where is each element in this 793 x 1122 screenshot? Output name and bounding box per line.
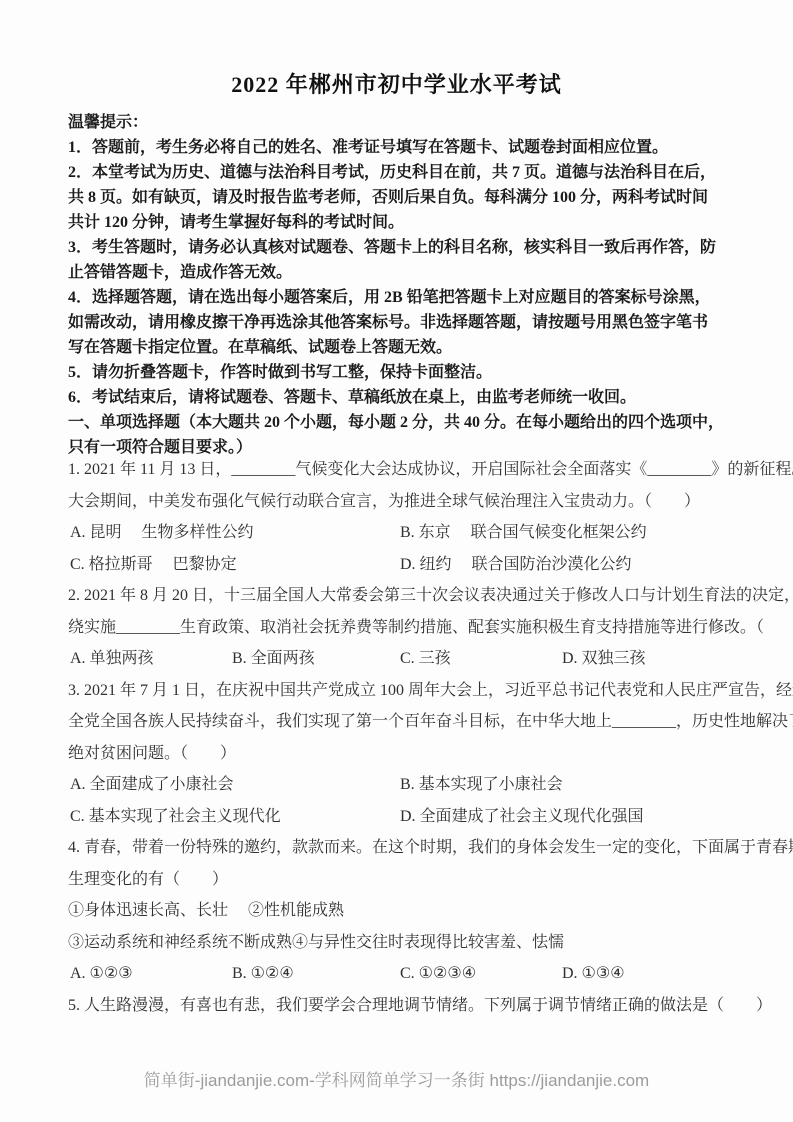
question-4-numbered-item-line: ①身体迅速长高、长壮 ②性机能成熟 [68, 895, 725, 927]
notice-line-6: 止答错答题卡，造成作答无效。 [68, 260, 725, 285]
question-1-line: 1. 2021 年 11 月 13 日，________气候变化大会达成协议，开… [68, 454, 725, 486]
notice-line-9: 写在答题卡指定位置。在草稿纸、试题卷上答题无效。 [68, 335, 725, 360]
exam-paper-page: 2022 年郴州市初中学业水平考试 温馨提示： 1．答题前，考生务必将自己的姓名… [0, 0, 793, 1122]
option-c: C. 格拉斯哥 巴黎协定 [70, 549, 237, 581]
option-a: A. 昆明 生物多样性公约 [70, 517, 254, 549]
option-a: A. 单独两孩 [70, 643, 154, 675]
option-b: B. 基本实现了小康社会 [400, 769, 563, 801]
question-5-line: 5. 人生路漫漫，有喜也有悲，我们要学会合理地调节情绪。下列属于调节情绪正确的做… [68, 990, 725, 1022]
notice-line-4: 共计 120 分钟，请考生掌握好每科的考试时间。 [68, 210, 725, 235]
question-2-line: 2. 2021 年 8 月 20 日，十三届全国人大常委会第三十次会议表决通过关… [68, 580, 725, 612]
question-1-options-row: C. 格拉斯哥 巴黎协定 D. 纽约 联合国防治沙漠化公约 [68, 549, 725, 581]
question-2: 2. 2021 年 8 月 20 日，十三届全国人大常委会第三十次会议表决通过关… [68, 580, 725, 675]
question-1-options-row: A. 昆明 生物多样性公约 B. 东京 联合国气候变化框架公约 [68, 517, 725, 549]
question-2-line: 绕实施________生育政策、取消社会抚养费等制约措施、配套实施积极生育支持措… [68, 612, 725, 644]
option-c: C. 基本实现了社会主义现代化 [70, 801, 281, 833]
option-c: C. 三孩 [400, 643, 451, 675]
option-d: D. ①③④ [562, 958, 625, 990]
notice-heading: 温馨提示： [68, 110, 725, 135]
notice-line-10: 5．请勿折叠答题卡，作答时做到书写工整，保持卡面整洁。 [68, 360, 725, 385]
question-2-options-row: A. 单独两孩 B. 全面两孩 C. 三孩 D. 双独三孩 [68, 643, 725, 675]
notice-line-8: 如需改动，请用橡皮擦干净再选涂其他答案标号。非选择题答题，请按题号用黑色签字笔书 [68, 310, 725, 335]
notice-section: 温馨提示： 1．答题前，考生务必将自己的姓名、准考证号填写在答题卡、试题卷封面相… [68, 110, 725, 460]
question-3: 3. 2021 年 7 月 1 日，在庆祝中国共产党成立 100 周年大会上，习… [68, 675, 725, 833]
notice-line-11: 6．考试结束后，请将试题卷、答题卡、草稿纸放在桌上，由监考老师统一收回。 [68, 385, 725, 410]
notice-line-2: 2．本堂考试为历史、道德与法治科目考试，历史科目在前，共 7 页。道德与法治科目… [68, 160, 725, 185]
option-d: D. 双独三孩 [562, 643, 646, 675]
option-b: B. 东京 联合国气候变化框架公约 [400, 517, 647, 549]
question-3-options-row: C. 基本实现了社会主义现代化 D. 全面建成了社会主义现代化强国 [68, 801, 725, 833]
question-5: 5. 人生路漫漫，有喜也有悲，我们要学会合理地调节情绪。下列属于调节情绪正确的做… [68, 990, 725, 1022]
option-a: A. 全面建成了小康社会 [70, 769, 234, 801]
option-a: A. ①②③ [70, 958, 133, 990]
question-3-line: 3. 2021 年 7 月 1 日，在庆祝中国共产党成立 100 周年大会上，习… [68, 675, 725, 707]
notice-line-1: 1．答题前，考生务必将自己的姓名、准考证号填写在答题卡、试题卷封面相应位置。 [68, 135, 725, 160]
notice-line-5: 3．考生答题时，请务必认真核对试题卷、答题卡上的科目名称，核实科目一致后再作答，… [68, 235, 725, 260]
footer-watermark: 简单街-jiandanjie.com-学科网简单学习一条街 https://ji… [0, 1066, 793, 1091]
question-4-numbered-item-line: ③运动系统和神经系统不断成熟④与异性交往时表现得比较害羞、怯懦 [68, 927, 725, 959]
question-3-line: 绝对贫困问题。（ ） [68, 738, 725, 770]
option-d: D. 全面建成了社会主义现代化强国 [400, 801, 644, 833]
page-title: 2022 年郴州市初中学业水平考试 [0, 0, 793, 99]
option-b: B. ①②④ [232, 958, 294, 990]
questions-section: 1. 2021 年 11 月 13 日，________气候变化大会达成协议，开… [68, 454, 725, 1021]
question-3-options-row: A. 全面建成了小康社会 B. 基本实现了小康社会 [68, 769, 725, 801]
question-4-line: 4. 青春，带着一份特殊的邀约，款款而来。在这个时期，我们的身体会发生一定的变化… [68, 832, 725, 864]
question-1: 1. 2021 年 11 月 13 日，________气候变化大会达成协议，开… [68, 454, 725, 580]
option-c: C. ①②③④ [400, 958, 476, 990]
section-header-line-1: 一、单项选择题（本大题共 20 个小题，每小题 2 分，共 40 分。在每小题给… [68, 410, 725, 435]
question-4: 4. 青春，带着一份特殊的邀约，款款而来。在这个时期，我们的身体会发生一定的变化… [68, 832, 725, 990]
question-4-line: 生理变化的有（ ） [68, 864, 725, 896]
option-d: D. 纽约 联合国防治沙漠化公约 [400, 549, 632, 581]
notice-line-3: 共 8 页。如有缺页，请及时报告监考老师，否则后果自负。每科满分 100 分，两… [68, 185, 725, 210]
notice-line-7: 4．选择题答题，请在选出每小题答案后，用 2B 铅笔把答题卡上对应题目的答案标号… [68, 285, 725, 310]
option-b: B. 全面两孩 [232, 643, 315, 675]
question-1-line: 大会期间，中美发布强化气候行动联合宣言，为推进全球气候治理注入宝贵动力。（ ） [68, 486, 725, 518]
question-4-options-row: A. ①②③ B. ①②④ C. ①②③④ D. ①③④ [68, 958, 725, 990]
question-3-line: 全党全国各族人民持续奋斗，我们实现了第一个百年奋斗目标，在中华大地上______… [68, 706, 725, 738]
